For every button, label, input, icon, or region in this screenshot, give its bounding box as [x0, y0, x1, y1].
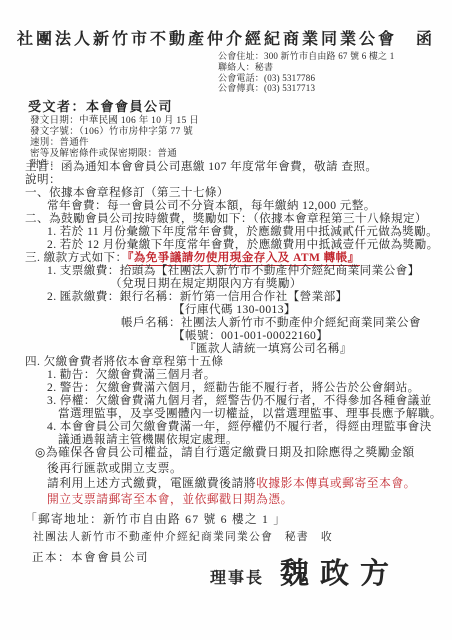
note-ensure-rights-line2: 後再行匯款或開立支票。 [47, 461, 445, 477]
body-item-3-prefix: 三. 繳款方式如下： [25, 251, 128, 264]
receiver-line: 社團法人新竹市不動產仲介經紀商業同業公會 秘書 收 [33, 529, 333, 544]
contact-phone: 公會電話：(03) 5317786 [218, 73, 394, 84]
chairman-title: 理事長 [210, 565, 264, 588]
original-copy-line: 正本：本會會員公司 [32, 549, 149, 565]
document-title: 社團法人新竹市不動產仲介經紀商業同業公會 函 [0, 26, 452, 49]
account-name-line: 帳戶名稱：社團法人新竹市不動產仲介經紀商業同業公會 [121, 316, 447, 329]
letter-body: 主旨：函為通知本會會員公司惠繳 107 年度常年會費，敬請 查照。 說明： 一、… [25, 160, 447, 446]
body-item-2-1: 1. 若於 11 月份彙繳下年度常年會費，於應繳費用中抵減貳仟元做為獎勵。 [47, 225, 447, 238]
contact-fax: 公會傳真：(03) 5317713 [218, 83, 394, 94]
notes-block: ◎為確保各會員公司權益，請自行選定繳費日期及扣除應得之獎勵金額 後再行匯款或開立… [35, 445, 445, 507]
body-item-4: 四. 欠繳會費者將依本會章程第十五條 [25, 355, 447, 368]
note-receipt: 請利用上述方式繳費，電匯繳費後請將收據影本傳真或郵寄至本會。 [47, 476, 445, 492]
subject-line: 主旨：函為通知本會會員公司惠繳 107 年度常年會費，敬請 查照。 [25, 160, 447, 173]
body-item-4-2: 2. 警告：欠繳會費滿六個月，經勸告能不履行者，將公告於公會網站。 [47, 381, 447, 394]
dispatch-speed: 速別：普通件 [30, 138, 199, 149]
note-ensure-rights-line1: ◎為確保各會員公司權益，請自行選定繳費日期及扣除應得之獎勵金額 [35, 445, 445, 461]
mailing-address-line: 「郵寄地址：新竹市自由路 67 號 6 樓之 1 」 [25, 510, 286, 527]
body-item-4-1: 1. 勸告：欠繳會費滿三個月者。 [47, 368, 447, 381]
contact-address: 公會住址：300 新竹市自由路 67 號 6 樓之 1 [218, 51, 394, 62]
body-item-3-1-note: （兌現日期在規定期限內方有獎勵） [110, 277, 447, 290]
association-contact-block: 公會住址：300 新竹市自由路 67 號 6 樓之 1 聯絡人：秘書 公會電話：… [218, 51, 394, 94]
body-item-3-2: 2. 匯款繳費：銀行名稱：新竹第一信用合作社【營業部】 [47, 290, 447, 303]
dispatch-number: 發文字號：（106）竹市房仲字第 77 號 [30, 127, 199, 138]
body-item-1: 一、依據本會章程修訂（第三十七條） [25, 186, 447, 199]
body-item-4-4-line1: 4. 本會會員公司欠繳會費滿一年，經停權仍不履行者，得經由理監事會決 [47, 420, 447, 433]
dispatch-date: 發文日期：中華民國 106 年 10 月 15 日 [30, 116, 199, 127]
contact-person: 聯絡人：秘書 [218, 62, 394, 73]
remitter-note-line: 『匯款人請統一填寫公司名稱』 [184, 342, 447, 355]
body-item-4-3-line1: 3. 停權：欠繳會費滿九個月者，經警告仍不履行者，不得參加各種會議並 [47, 394, 447, 407]
explanation-label: 說明： [25, 173, 447, 186]
note-receipt-prefix: 請利用上述方式繳費，電匯繳費後請將 [47, 476, 256, 490]
official-letter-page: 社團法人新竹市不動產仲介經紀商業同業公會 函 公會住址：300 新竹市自由路 6… [0, 0, 452, 640]
chairman-signature: 魏政方 [280, 551, 400, 592]
body-item-3-1: 1. 支票繳費：抬頭為【社團法人新竹市不動產仲介經紀商業同業公會】 [47, 264, 447, 277]
body-item-2-2: 2. 若於 12 月份彙繳下年度常年會費，於應繳費用中抵減壹仟元做為獎勵。 [47, 238, 447, 251]
body-item-3: 三. 繳款方式如下：『為免爭議請勿使用現金存入及 ATM 轉帳』 [25, 251, 447, 264]
body-item-1-fee: 常年會費：每一會員公司不分資本額，每年繳納 12,000 元整。 [47, 199, 447, 212]
recipient-line: 受文者：本會會員公司 [28, 96, 173, 115]
account-number-line: 【帳號：001-001-00022160】 [173, 329, 447, 342]
dispatch-security: 密等及解密條件或保密期限：普通 [30, 149, 199, 160]
bank-code-line: 【行庫代碼 130-0013】 [173, 303, 447, 316]
body-item-2: 二、為鼓勵會員公司按時繳費，獎勵如下：（依據本會章程第三十八條規定） [25, 212, 447, 225]
note-receipt-red-text: 收據影本傳真或郵寄至本會。 [256, 476, 416, 490]
note-check-red-text: 開立支票請郵寄至本會，並依郵戳日期為憑。 [47, 492, 445, 508]
signature-block: 理事長 魏政方 [210, 551, 400, 592]
body-item-4-3-line2: 當選理監事，及享受團體內一切權益，以當選理監事、理事長應予解職。 [58, 407, 447, 420]
